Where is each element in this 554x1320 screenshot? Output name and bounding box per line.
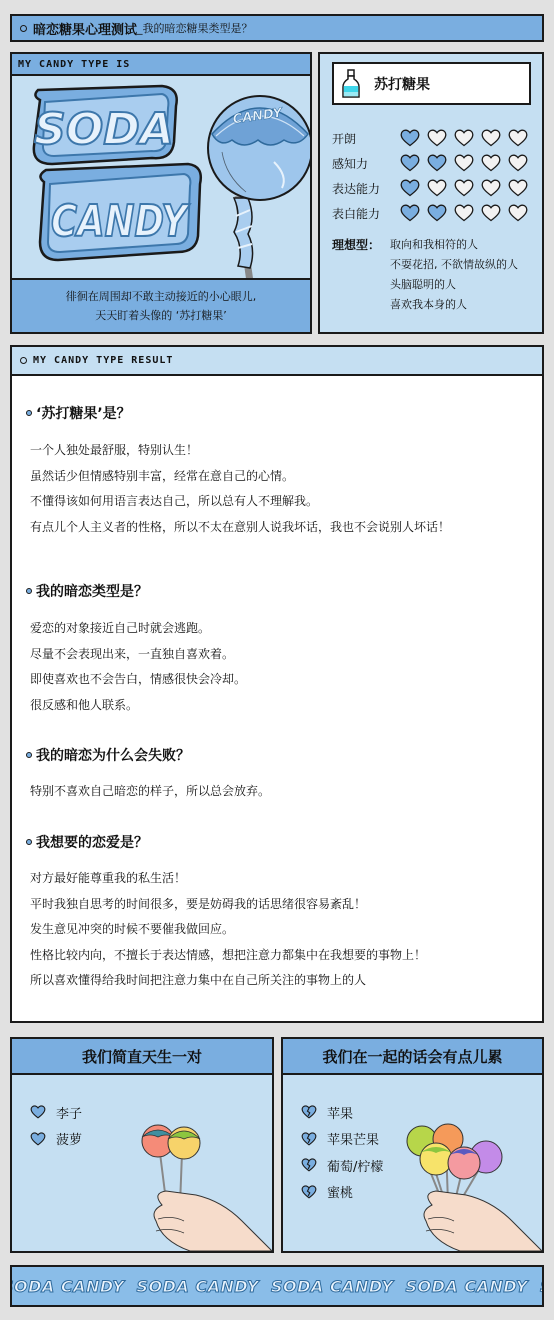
bad-match-label: 葡萄/柠檬: [327, 1156, 383, 1175]
candy-name-box: 苏打糖果: [332, 62, 531, 105]
candy-type-header: MY CANDY TYPE IS: [12, 54, 310, 76]
ideal-type-list: 取向和我相符的人 不耍花招, 不欲情故纵的人 头脑聪明的人 喜欢我本身的人: [390, 237, 540, 317]
good-match-label: 李子: [56, 1103, 82, 1122]
ideal-type-item: 头脑聪明的人: [390, 277, 540, 297]
ideal-type-item: 喜欢我本身的人: [390, 297, 540, 317]
stat-hearts: [400, 129, 528, 147]
heart-filled-icon: [400, 129, 420, 147]
candy-type-caption: 徘徊在周围却不敢主动接近的小心眼儿, 天天盯着头像的 ‘苏打糖果’: [12, 278, 310, 332]
bad-match-label: 苹果: [327, 1103, 353, 1122]
result-panel: MY CANDY TYPE RESULT ‘苏打糖果’是？ 一个人独处最舒服，特…: [10, 345, 544, 1023]
bad-match-label: 苹果芒果: [327, 1129, 379, 1148]
section-line: 有点儿个人主义者的性格，所以不太在意别人说我坏话，我也不会说别人坏话！: [30, 518, 450, 544]
hand-two-lollipops-illustration: [122, 1101, 272, 1251]
ring-bullet-icon: [20, 25, 27, 32]
heart-icon: [30, 1105, 46, 1119]
heart-filled-icon: [400, 154, 420, 172]
heart-empty-icon: [508, 179, 528, 197]
bad-match-list: 苹果 苹果芒果 葡萄/柠檬 蜜桃: [301, 1099, 383, 1205]
section-title-text: 我的暗恋类型是？: [36, 581, 148, 601]
section-title-text: 我的暗恋为什么会失败？: [36, 745, 190, 765]
heart-empty-icon: [481, 179, 501, 197]
dot-bullet-icon: [26, 410, 32, 416]
marquee-word: SODA CANDY: [271, 1277, 394, 1296]
good-match-item: 菠萝: [30, 1126, 82, 1153]
bad-match-title: 我们在一起的话会有点儿累: [283, 1039, 542, 1075]
soda-candy-marquee: SODA CANDY SODA CANDY SODA CANDY SODA CA…: [10, 1265, 544, 1307]
good-match-title: 我们简直天生一对: [12, 1039, 272, 1075]
section-body: 对方最好能尊重我的私生活！ 平时我独自思考的时间很多，要是妨碍我的话思绪很容易紊…: [30, 869, 426, 997]
result-header-label: MY CANDY TYPE RESULT: [33, 355, 173, 366]
section-line: 特别不喜欢自己暗恋的样子，所以总会放弃。: [30, 782, 270, 808]
heart-empty-icon: [427, 179, 447, 197]
heart-filled-icon: [427, 154, 447, 172]
bad-match-label: 蜜桃: [327, 1182, 353, 1201]
stat-row-confession: 表白能力: [332, 202, 528, 224]
heart-empty-icon: [508, 154, 528, 172]
stat-hearts: [400, 179, 528, 197]
marquee-word: SODA CANDY: [137, 1277, 260, 1296]
candy-name: 苏打糖果: [374, 74, 430, 94]
stat-row-cheerful: 开朗: [332, 127, 528, 149]
heart-empty-icon: [481, 204, 501, 222]
soda-bottle-icon: [342, 69, 360, 99]
dot-bullet-icon: [26, 839, 32, 845]
section-title: ‘苏打糖果’是？: [26, 403, 131, 423]
candy-profile-card: 苏打糖果 开朗 感知力 表达能力 表白能力 理想型： 取向和我相符的人 不耍花招…: [318, 52, 544, 334]
dot-bullet-icon: [26, 752, 32, 758]
ring-bullet-icon: [20, 357, 27, 364]
section-line: 爱恋的对象接近自己时就会逃跑。: [30, 619, 246, 645]
ideal-type-label: 理想型：: [332, 236, 392, 253]
bad-match-item: 蜜桃: [301, 1179, 383, 1206]
section-line: 一个人独处最舒服，特别认生！: [30, 441, 450, 467]
heart-empty-icon: [454, 154, 474, 172]
section-title: 我的暗恋类型是？: [26, 581, 148, 601]
page-subtitle: _我的暗恋糖果类型是？: [137, 20, 253, 36]
section-line: 很反感和他人联系。: [30, 696, 246, 722]
section-line: 发生意见冲突的时候不要催我做回应。: [30, 920, 426, 946]
section-line: 即使喜欢也不会告白，情感很快会冷却。: [30, 670, 246, 696]
heart-filled-icon: [427, 204, 447, 222]
broken-heart-icon: [301, 1158, 317, 1172]
heart-empty-icon: [454, 179, 474, 197]
svg-text:SODA: SODA: [34, 104, 174, 155]
section-line: 所以喜欢懂得给我时间把注意力集中在自己所关注的事物上的人: [30, 971, 426, 997]
section-title: 我的暗恋为什么会失败？: [26, 745, 190, 765]
stat-label: 开朗: [332, 130, 400, 147]
caption-line: 天天盯着头像的 ‘苏打糖果’: [12, 306, 310, 325]
broken-heart-icon: [301, 1185, 317, 1199]
hand-many-lollipops-illustration: [392, 1101, 542, 1251]
section-line: 性格比较内向，不擅长于表达情感，想把注意力都集中在我想要的事物上！: [30, 946, 426, 972]
heart-filled-icon: [400, 204, 420, 222]
svg-text:CANDY: CANDY: [51, 196, 190, 247]
candy-type-card: MY CANDY TYPE IS SODA CANDY CANDY 徘徊在周围却…: [10, 52, 312, 334]
caption-line: 徘徊在周围却不敢主动接近的小心眼儿,: [12, 287, 310, 306]
marquee-word: SODA CANDY: [540, 1277, 544, 1296]
stat-hearts: [400, 204, 528, 222]
heart-empty-icon: [508, 204, 528, 222]
hand-lollipop-icon: [122, 1101, 272, 1251]
stat-label: 表白能力: [332, 205, 400, 222]
soda-candy-illustration: SODA CANDY CANDY: [12, 76, 310, 282]
broken-heart-icon: [301, 1132, 317, 1146]
stat-hearts: [400, 154, 528, 172]
section-title-text: ‘苏打糖果’是？: [36, 403, 131, 423]
hand-lollipop-bouquet-icon: [392, 1101, 542, 1251]
marquee-word: SODA CANDY: [10, 1277, 125, 1296]
bad-match-item: 苹果芒果: [301, 1126, 383, 1153]
heart-empty-icon: [454, 129, 474, 147]
section-line: 不懂得该如何用语言表达自己，所以总有人不理解我。: [30, 492, 450, 518]
heart-filled-icon: [400, 179, 420, 197]
result-header: MY CANDY TYPE RESULT: [12, 347, 542, 376]
broken-heart-icon: [301, 1105, 317, 1119]
heart-icon: [30, 1132, 46, 1146]
good-match-label: 菠萝: [56, 1129, 82, 1148]
ideal-type-item: 取向和我相符的人: [390, 237, 540, 257]
section-body: 特别不喜欢自己暗恋的样子，所以总会放弃。: [30, 782, 270, 808]
heart-empty-icon: [481, 129, 501, 147]
dot-bullet-icon: [26, 588, 32, 594]
marquee-word: SODA CANDY: [406, 1277, 529, 1296]
soda-candy-art-icon: SODA CANDY CANDY: [12, 76, 310, 282]
stat-row-perception: 感知力: [332, 152, 528, 174]
good-match-item: 李子: [30, 1099, 82, 1126]
section-line: 尽量不会表现出来，一直独自喜欢着。: [30, 645, 246, 671]
stat-label: 表达能力: [332, 180, 400, 197]
title-bar: 暗恋糖果心理测试 _我的暗恋糖果类型是？: [10, 14, 544, 42]
ideal-type-item: 不耍花招, 不欲情故纵的人: [390, 257, 540, 277]
section-body: 爱恋的对象接近自己时就会逃跑。 尽量不会表现出来，一直独自喜欢着。 即使喜欢也不…: [30, 619, 246, 721]
bad-match-card: 我们在一起的话会有点儿累 苹果 苹果芒果 葡萄/柠檬 蜜桃: [281, 1037, 544, 1253]
section-body: 一个人独处最舒服，特别认生！ 虽然话少但情感特别丰富，经常在意自己的心情。 不懂…: [30, 441, 450, 543]
stat-label: 感知力: [332, 155, 400, 172]
heart-empty-icon: [481, 154, 501, 172]
stat-row-expression: 表达能力: [332, 177, 528, 199]
heart-empty-icon: [427, 129, 447, 147]
bad-match-item: 葡萄/柠檬: [301, 1152, 383, 1179]
good-match-list: 李子 菠萝: [30, 1099, 82, 1152]
heart-empty-icon: [508, 129, 528, 147]
section-title: 我想要的恋爱是？: [26, 832, 148, 852]
bad-match-item: 苹果: [301, 1099, 383, 1126]
marquee-track: SODA CANDY SODA CANDY SODA CANDY SODA CA…: [10, 1277, 544, 1296]
section-title-text: 我想要的恋爱是？: [36, 832, 148, 852]
section-line: 对方最好能尊重我的私生活！: [30, 869, 426, 895]
good-match-card: 我们简直天生一对 李子 菠萝: [10, 1037, 274, 1253]
heart-empty-icon: [454, 204, 474, 222]
section-line: 平时我独自思考的时间很多，要是妨碍我的话思绪很容易紊乱！: [30, 895, 426, 921]
section-line: 虽然话少但情感特别丰富，经常在意自己的心情。: [30, 467, 450, 493]
page-title: 暗恋糖果心理测试: [33, 19, 137, 38]
